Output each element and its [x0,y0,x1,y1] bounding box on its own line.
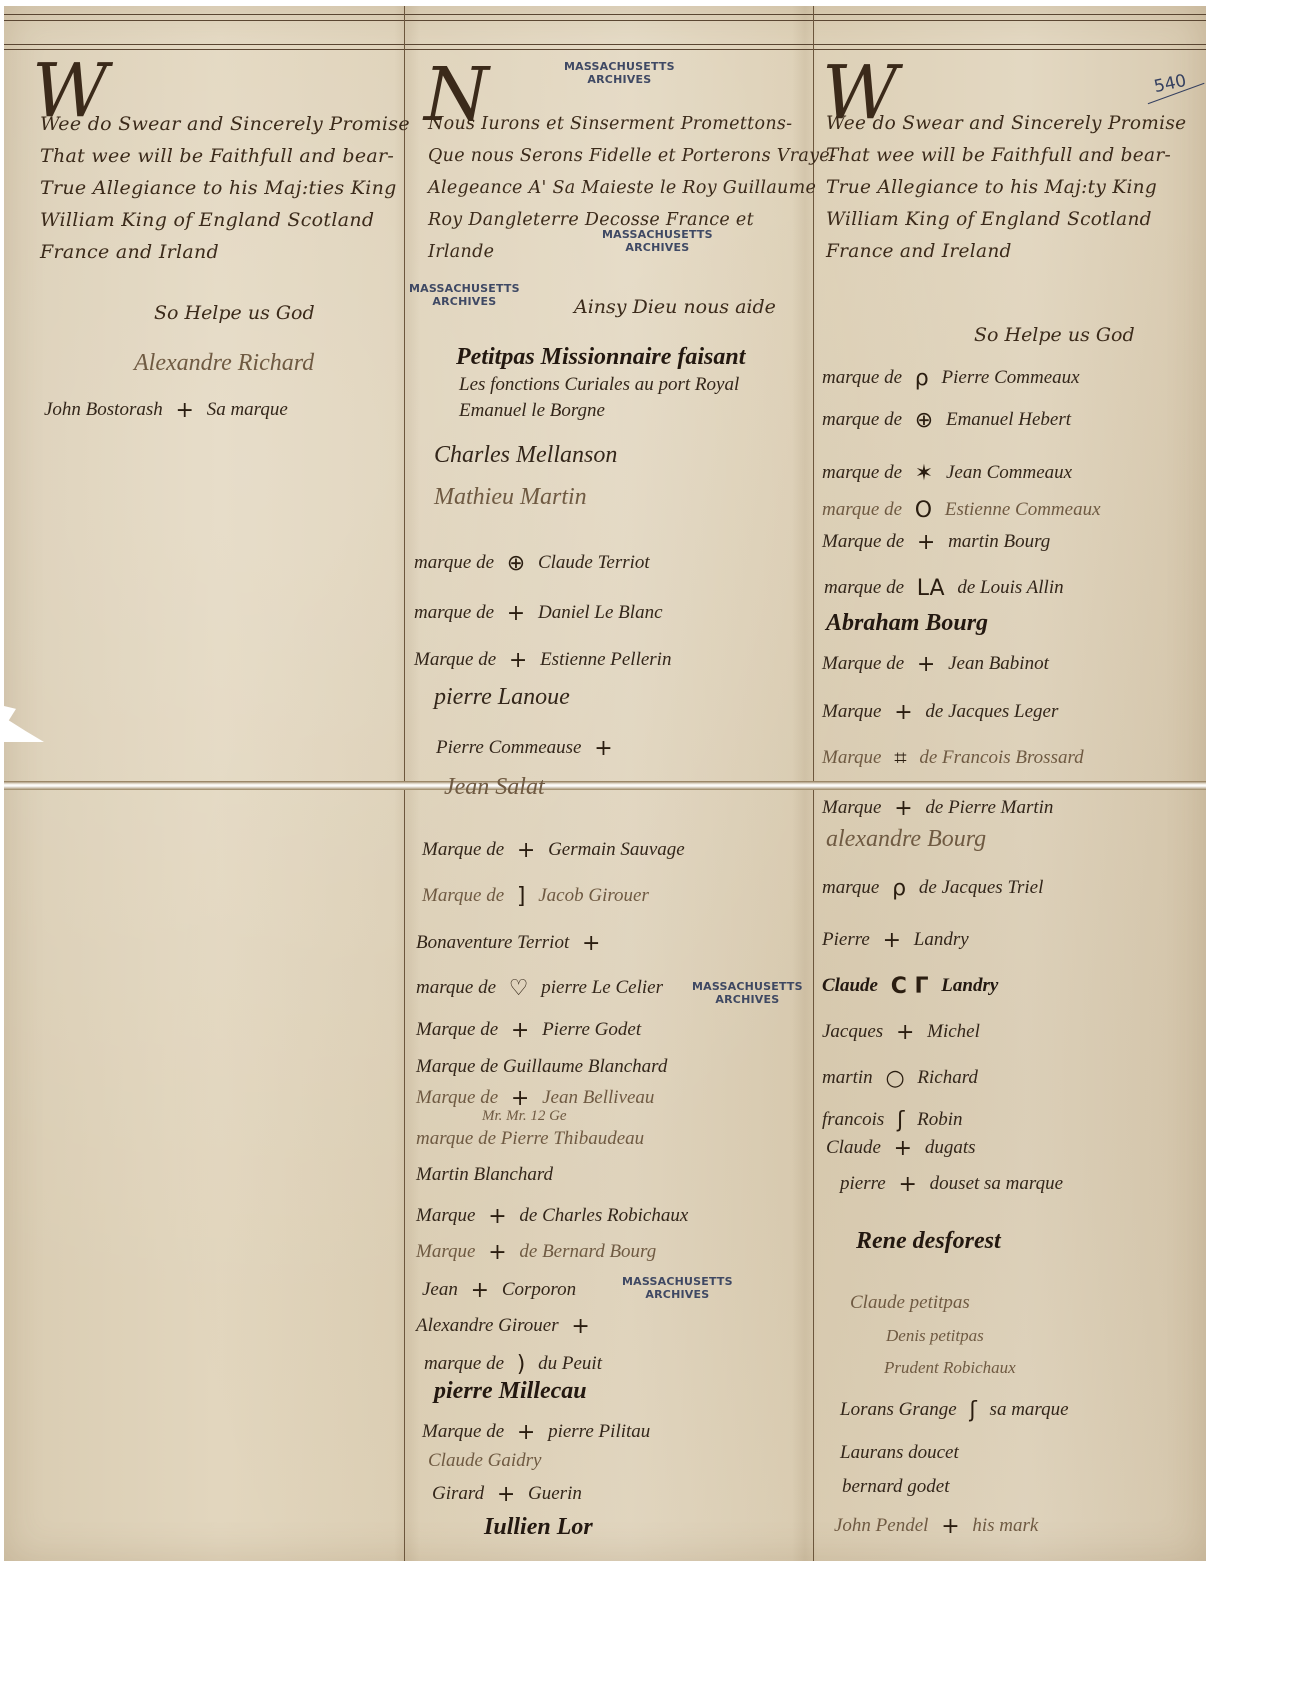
signature: Marque de + Pierre Godet [416,1018,641,1043]
cross-mark-icon: + [517,838,535,863]
signature: marque de Pierre Thibaudeau [416,1128,644,1150]
signature: Marque de Guillaume Blanchard [416,1056,667,1078]
heart-mark-icon: ♡ [509,976,529,1001]
cross-mark-icon: + [594,736,612,761]
signature: Petitpas Missionnaire faisant [456,344,745,371]
signature: Pierre Commeause + [436,736,621,761]
cross-mark-icon: + [497,1482,515,1507]
signature: Claude C Γ Landry [822,974,998,999]
signature: Girard + Guerin [432,1482,582,1507]
cross-mark-icon: + [894,796,912,821]
circle-mark-icon: ○ [885,1066,904,1091]
signature: Claude + dugats [826,1136,976,1161]
signature: pierre Lanoue [434,684,570,711]
circle-mark-icon: O [915,498,932,523]
signature: Charles Mellanson [434,442,617,469]
signature: Marque + de Pierre Martin [822,796,1053,821]
page-number: 540 [1152,71,1188,97]
signature: Emanuel le Borgne [459,400,605,422]
signature: alexandre Bourg [826,826,986,853]
cross-mark-icon: + [571,1314,589,1339]
hook-mark-icon: ) [517,1352,526,1377]
signature: Bonaventure Terriot + [416,931,608,956]
cross-mark-icon: + [582,931,600,956]
hook-mark-icon: ρ [892,876,906,901]
signature: John Pendel + his mark [834,1514,1038,1539]
signature: Lorans Grange ʃ sa marque [840,1398,1069,1423]
signature: francois ʃ Robin [822,1108,963,1133]
signature: Prudent Robichaux [884,1358,1016,1378]
signature: marque de + Daniel Le Blanc [414,601,663,626]
signature: Alexandre Richard [134,350,314,377]
signature: Claude Gaidry [428,1450,541,1472]
oath-motto: So Helpe us God [154,302,315,324]
header-rule [4,49,1206,50]
signature: marque ρ de Jacques Triel [822,876,1043,901]
star-mark-icon: ✶ [915,461,933,486]
cross-mark-icon: + [517,1420,535,1445]
signature: marque de ) du Peuit [424,1352,602,1377]
cross-mark-icon: + [488,1204,506,1229]
ship-mark-icon: ⌗ [894,746,906,771]
bracket-mark-icon: ] [517,884,526,909]
annotation: Mr. Mr. 12 Ge [482,1108,567,1125]
archive-stamp: MASSACHUSETTS ARCHIVES [409,282,520,308]
cross-mark-icon: + [471,1278,489,1303]
cross-mark-icon: + [896,1020,914,1045]
cross-mark-icon: + [894,1136,912,1161]
signature: Marque + de Bernard Bourg [416,1240,656,1265]
initials-mark-icon: LA [917,576,945,601]
signature: Marque ⌗ de Francois Brossard [822,746,1084,771]
signature: Abraham Bourg [826,610,988,637]
signature: Marque de + Estienne Pellerin [414,648,671,673]
cross-mark-icon: + [176,398,194,423]
circled-cross-mark-icon: ⊕ [915,408,933,433]
signature: Alexandre Girouer + [416,1314,598,1339]
signature: marque de ⊕ Emanuel Hebert [822,408,1071,433]
oath-motto: Ainsy Dieu nous aide [574,296,776,318]
signature: Rene desforest [856,1228,1001,1255]
cross-mark-icon: + [488,1240,506,1265]
hook-mark-icon: ʃ [969,1398,976,1423]
signature: John Bostorash + Sa marque [44,398,288,423]
signature: Marque de + Jean Babinot [822,652,1049,677]
header-rule [4,20,1206,21]
signature: marque de O Estienne Commeaux [822,498,1101,523]
signature: marque de LA de Louis Allin [824,576,1064,601]
cross-mark-icon: + [883,928,901,953]
archive-stamp: MASSACHUSETTS ARCHIVES [692,980,803,1006]
archive-stamp: MASSACHUSETTS ARCHIVES [622,1275,733,1301]
signature: Marque de + martin Bourg [822,530,1050,555]
header-rule [4,44,1206,45]
oath-text-french: Nous Iurons et Sinserment Promettons- Qu… [428,108,836,268]
oath-text-english-right: Wee do Swear and Sincerely Promise That … [826,108,1186,268]
circled-cross-mark-icon: ⊕ [507,551,525,576]
cross-mark-icon: + [898,1172,916,1197]
signature: Marque de + pierre Pilitau [422,1420,650,1445]
torn-corner [4,706,44,742]
signature: marque de ρ Pierre Commeaux [822,366,1080,391]
hook-mark-icon: ʃ [897,1108,904,1133]
signature: Jean + Corporon [422,1278,576,1303]
signature: Laurans doucet [840,1442,959,1464]
signature: Mathieu Martin [434,484,587,511]
signature: pierre Millecau [434,1378,587,1405]
signature: Marque de ] Jacob Girouer [422,884,649,909]
signature: marque de ⊕ Claude Terriot [414,551,650,576]
horizontal-fold [4,781,1206,790]
archive-stamp: MASSACHUSETTS ARCHIVES [564,60,675,86]
signature: Jacques + Michel [822,1020,980,1045]
signature: marque de ♡ pierre Le Celier [416,976,663,1001]
signature: pierre + douset sa marque [840,1172,1063,1197]
signature: Marque de + Germain Sauvage [422,838,685,863]
signature: Jean Salat [444,774,545,801]
signature: bernard godet [842,1476,949,1498]
cross-mark-icon: + [894,700,912,725]
signature: martin ○ Richard [822,1066,978,1091]
oath-text-english-left: Wee do Swear and Sincerely Promise That … [40,108,410,268]
cross-mark-icon: + [511,1018,529,1043]
archival-document-page: 540 MASSACHUSETTS ARCHIVES MASSACHUSETTS… [4,6,1206,1561]
signature: Iullien Lor [484,1514,593,1541]
cross-mark-icon: + [917,530,935,555]
signature: Marque + de Jacques Leger [822,700,1058,725]
signature: Martin Blanchard [416,1164,553,1186]
signature: Les fonctions Curiales au port Royal [459,374,739,396]
oath-motto: So Helpe us God [974,324,1135,346]
cross-mark-icon: + [941,1514,959,1539]
hook-mark-icon: ρ [915,366,929,391]
signature: Denis petitpas [886,1326,984,1346]
signature: marque de ✶ Jean Commeaux [822,461,1072,486]
cross-mark-icon: + [507,601,525,626]
signature: Marque + de Charles Robichaux [416,1204,688,1229]
cross-mark-icon: + [917,652,935,677]
bracket-mark-icon: C Γ [891,974,929,999]
header-rule [4,14,1206,15]
signature: Pierre + Landry [822,928,969,953]
signature: Claude petitpas [850,1292,970,1314]
cross-mark-icon: + [509,648,527,673]
